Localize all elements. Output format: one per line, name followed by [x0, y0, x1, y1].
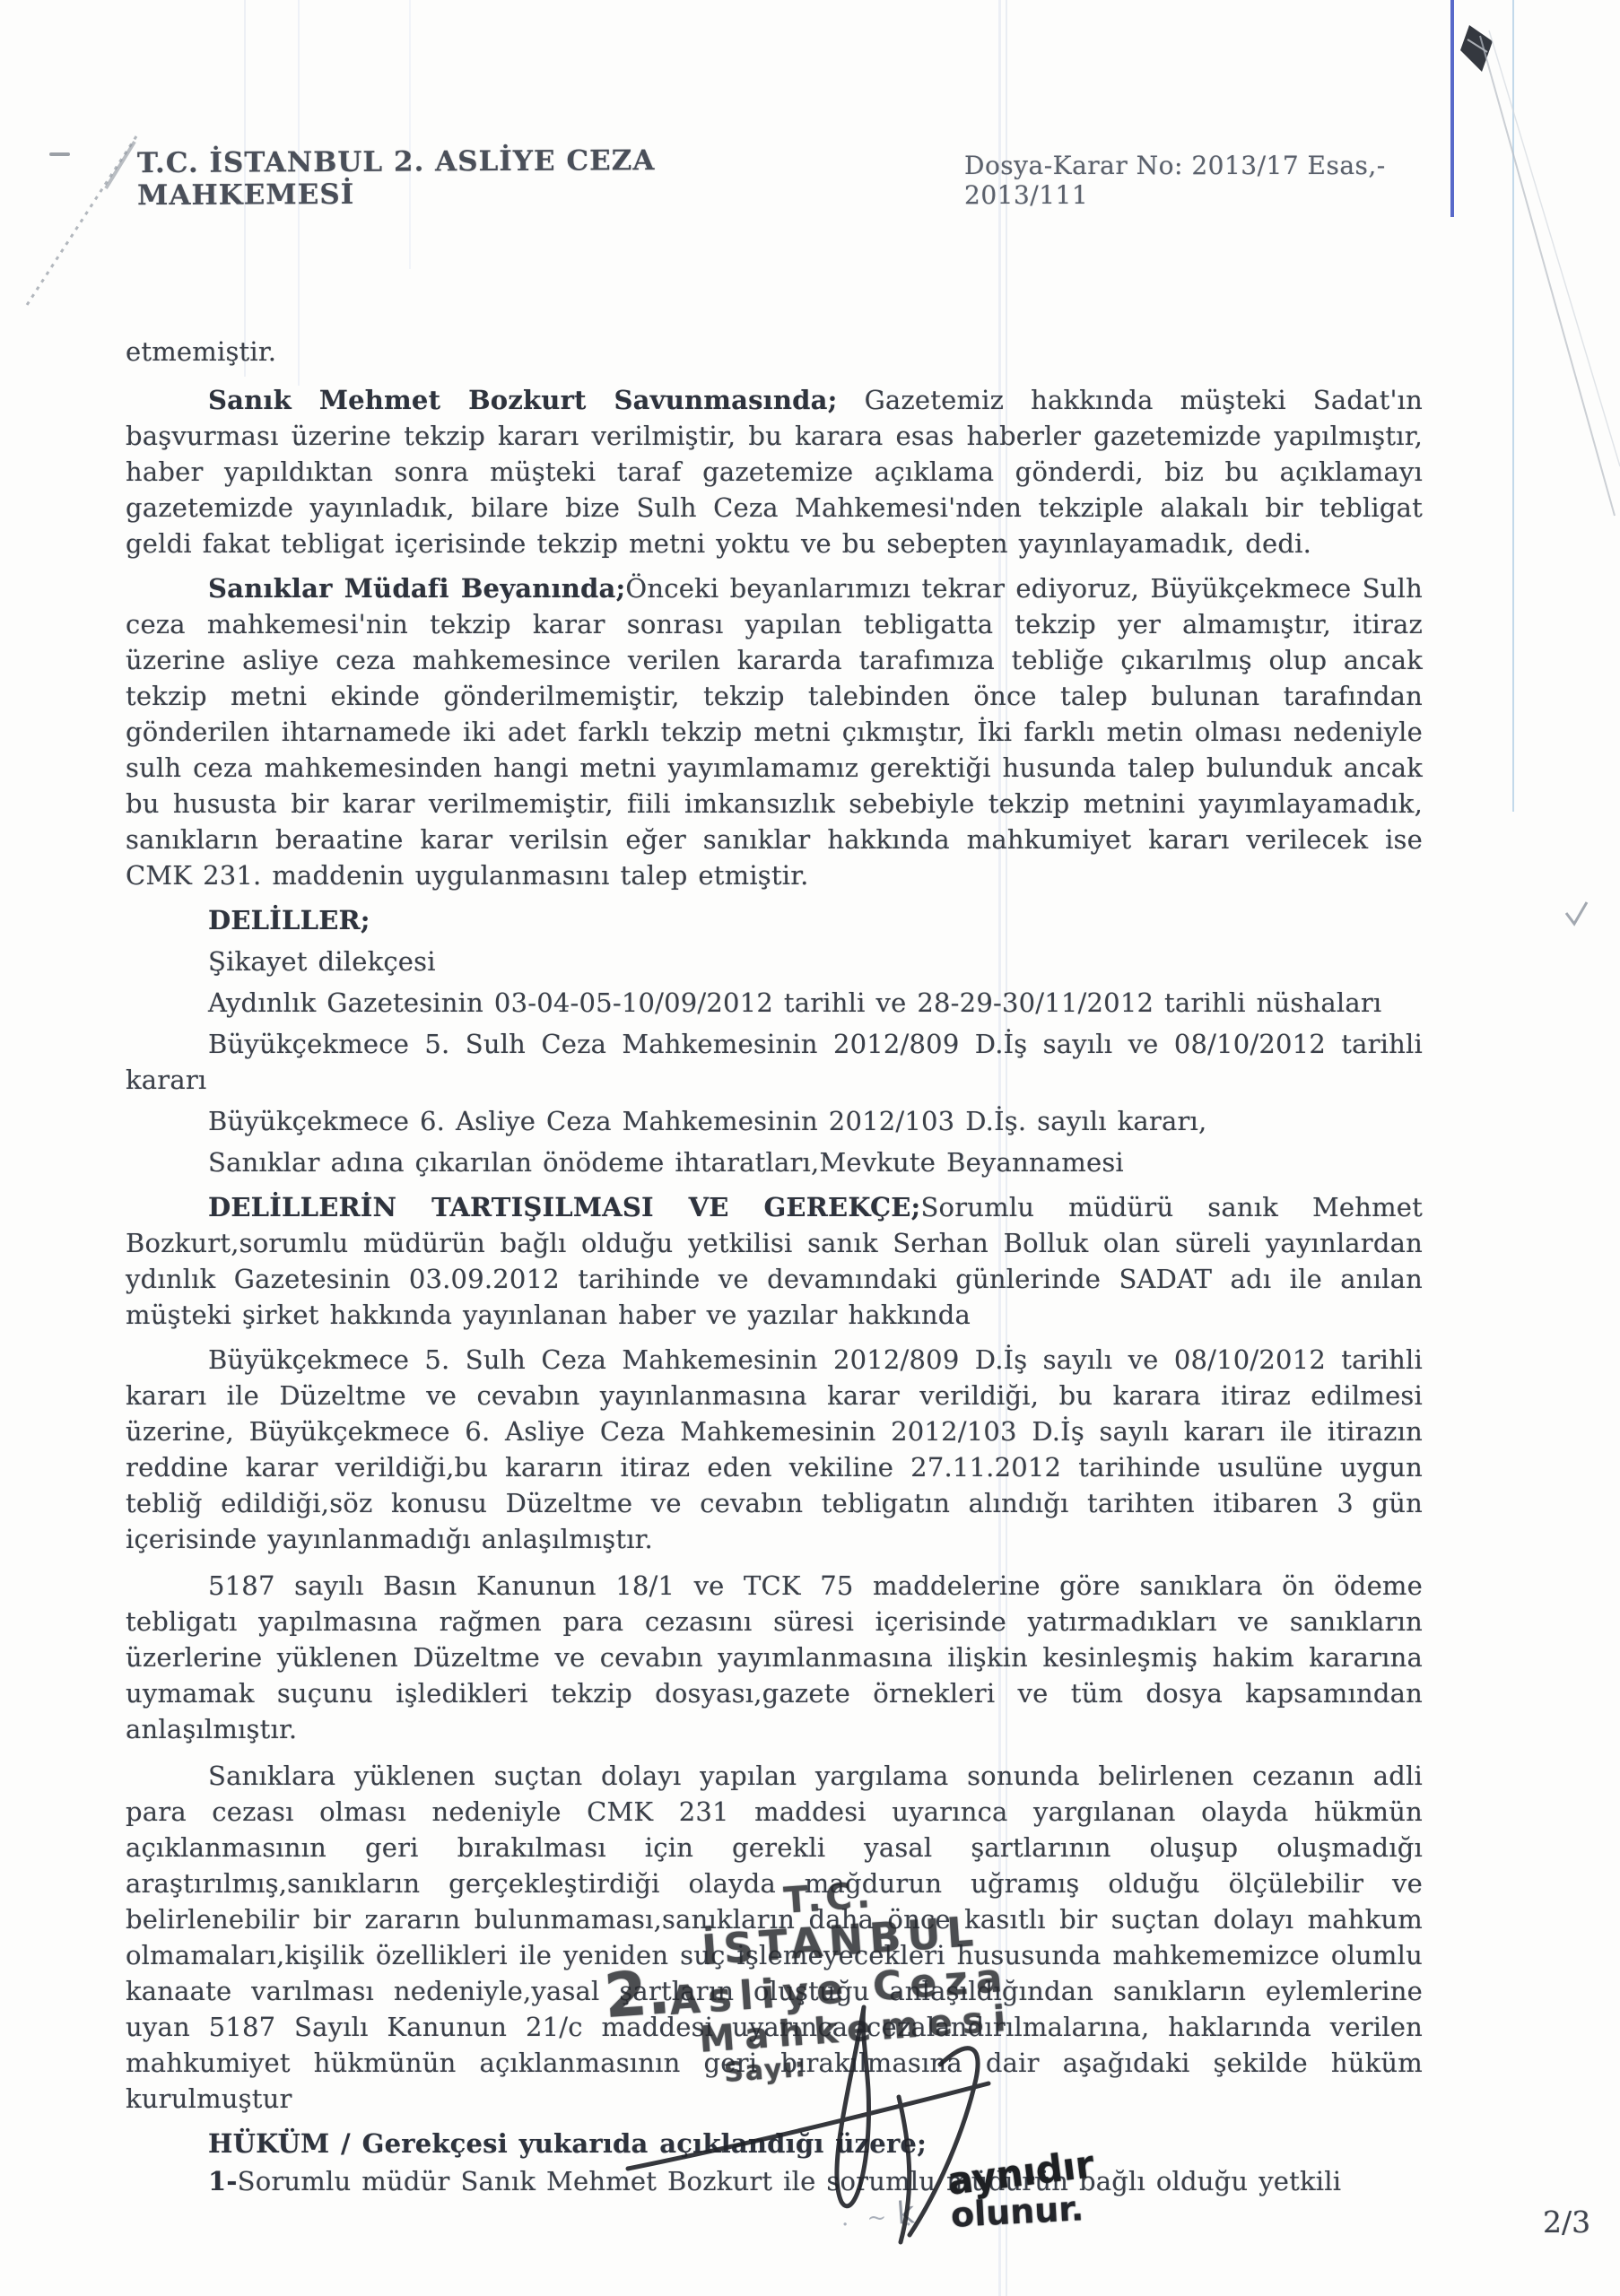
paragraph: 5187 sayılı Basın Kanunun 18/1 ve TCK 75… [126, 1568, 1423, 1747]
paragraph-lead: HÜKÜM / Gerekçesi yukarıda açıklandığı ü… [208, 2128, 927, 2159]
fold-crease-top-left [27, 136, 136, 305]
fold-crease-top-right [1480, 30, 1620, 516]
scanned-court-document-page: T.C. İSTANBUL 2. ASLİYE CEZA MAHKEMESİ D… [0, 0, 1620, 2296]
paragraph-lead: DELİLLERİN TARTIŞILMASI VE GEREKÇE; [208, 1192, 920, 1222]
paragraph: Büyükçekmece 5. Sulh Ceza Mahkemesinin 2… [126, 1342, 1423, 1557]
staple-mark [1460, 25, 1493, 72]
paragraph: Aydınlık Gazetesinin 03-04-05-10/09/2012… [126, 985, 1423, 1021]
paragraph-lead: Sanıklar Müdafi Beyanında; [208, 573, 625, 604]
paragraph: Büyükçekmece 5. Sulh Ceza Mahkemesinin 2… [126, 1026, 1423, 1098]
paragraph: DELİLLER; [126, 902, 1423, 938]
paragraph: Büyükçekmece 6. Asliye Ceza Mahkemesinin… [126, 1103, 1423, 1139]
scan-stripe [409, 0, 411, 269]
margin-check-mark [1566, 902, 1587, 924]
paragraph: Sanıklara yüklenen suçtan dolayı yapılan… [126, 1758, 1423, 2117]
header-court-title: T.C. İSTANBUL 2. ASLİYE CEZA MAHKEMESİ [137, 143, 882, 212]
paragraph: DELİLLERİN TARTIŞILMASI VE GEREKÇE;Sorum… [126, 1189, 1423, 1333]
paragraph-lead: Sanık Mehmet Bozkurt Savunmasında; [208, 385, 838, 415]
paragraph: 1-Sorumlu müdür Sanık Mehmet Bozkurt ile… [126, 2163, 1423, 2199]
header-case-number: Dosya-Karar No: 2013/17 Esas,- 2013/111 [964, 151, 1467, 210]
paragraph: Sanıklar Müdafi Beyanında;Önceki beyanla… [126, 570, 1423, 893]
paragraph: Sanık Mehmet Bozkurt Savunmasında; Gazet… [126, 382, 1423, 561]
page-edge-light-blue-line [1512, 0, 1514, 812]
paragraph: Şikayet dilekçesi [126, 944, 1423, 979]
certification-stamp-faint-letter: k [896, 2195, 916, 2231]
paragraph: etmemiştir. [126, 334, 1423, 370]
paragraph-lead: DELİLLER; [208, 905, 370, 935]
paragraph-lead: 1- [208, 2166, 238, 2196]
pen-dash-mark [49, 152, 70, 156]
paragraph: HÜKÜM / Gerekçesi yukarıda açıklandığı ü… [126, 2126, 1423, 2161]
paragraph: Sanıklar adına çıkarılan önödeme ihtarat… [126, 1144, 1423, 1180]
page-number: 2/3 [1543, 2205, 1590, 2239]
paragraph-list: etmemiştir.Sanık Mehmet Bozkurt Savunmas… [126, 334, 1423, 2199]
certification-stamp-faint-text: . ~ . [841, 2205, 918, 2231]
